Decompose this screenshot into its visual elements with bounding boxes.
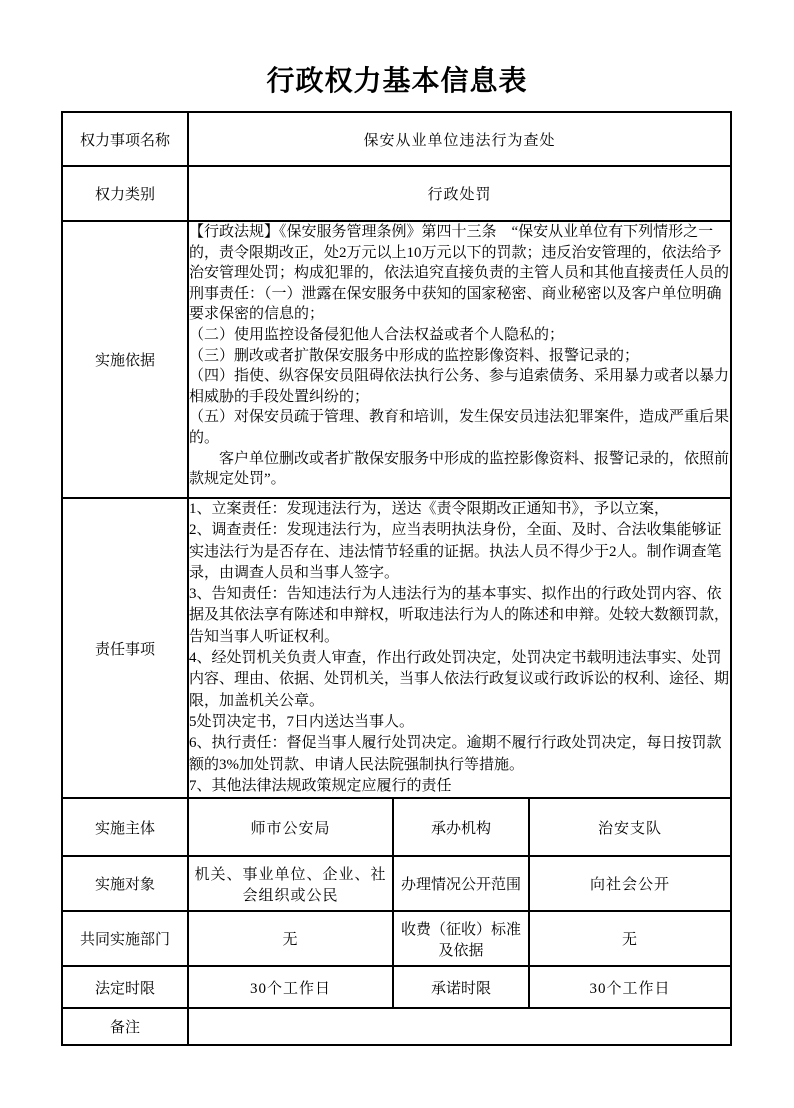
disclosure-scope-label: 办理情况公开范围 xyxy=(393,856,529,911)
duty-items-label: 责任事项 xyxy=(62,498,188,798)
remarks-label: 备注 xyxy=(62,1008,188,1045)
legal-basis-paragraph: 客户单位删改或者扩散保安服务中形成的监控影像资料、报警记录的，依照前款规定处罚”… xyxy=(189,449,730,490)
statutory-limit-label: 法定时限 xyxy=(62,966,188,1008)
row-remarks: 备注 xyxy=(62,1008,731,1045)
duty-item: 2、调查责任：发现违法行为，应当表明执法身份，全面、及时、合法收集能够证实违法行… xyxy=(189,520,730,584)
remarks-value xyxy=(188,1008,731,1045)
implementer-label: 实施主体 xyxy=(62,798,188,856)
document-page: 行政权力基本信息表 权力事项名称 保安从业单位违法行为查处 权力类别 行政处罚 … xyxy=(0,0,794,1108)
fee-standard-label: 收费（征收）标准及依据 xyxy=(393,911,529,966)
disclosure-scope-value: 向社会公开 xyxy=(529,856,731,911)
joint-dept-value: 无 xyxy=(188,911,393,966)
legal-basis-label: 实施依据 xyxy=(62,221,188,498)
legal-basis-paragraph: （四）指使、纵容保安员阻碍依法执行公务、参与追索债务、采用暴力或者以暴力相威胁的… xyxy=(189,366,730,407)
duty-item: 3、告知责任：告知违法行为人违法行为的基本事实、拟作出的行政处罚内容、依据及其依… xyxy=(189,584,730,648)
row-target: 实施对象 机关、事业单位、企业、社会组织或公民 办理情况公开范围 向社会公开 xyxy=(62,856,731,911)
row-power-category: 权力类别 行政处罚 xyxy=(62,166,731,221)
row-legal-basis: 实施依据 【行政法规】《保安服务管理条例》第四十三条 “保安从业单位有下列情形之… xyxy=(62,221,731,498)
legal-basis-paragraph: （二）使用监控设备侵犯他人合法权益或者个人隐私的； xyxy=(189,325,730,346)
power-item-label: 权力事项名称 xyxy=(62,112,188,166)
duty-item: 7、其他法律法规政策规定应履行的责任 xyxy=(189,776,730,797)
fee-standard-value: 无 xyxy=(529,911,731,966)
duty-items-text: 1、立案责任：发现违法行为，送达《责令限期改正通知书》，予以立案， 2、调查责任… xyxy=(188,498,731,798)
joint-dept-label: 共同实施部门 xyxy=(62,911,188,966)
duty-item: 6、执行责任：督促当事人履行处罚决定。逾期不履行行政处罚决定，每日按罚款额的3%… xyxy=(189,733,730,776)
page-title: 行政权力基本信息表 xyxy=(0,0,794,100)
promised-limit-label: 承诺时限 xyxy=(393,966,529,1008)
handling-org-value: 治安支队 xyxy=(529,798,731,856)
duty-item: 4、经处罚机关负责人审查，作出行政处罚决定，处罚决定书载明违法事实、处罚内容、理… xyxy=(189,648,730,712)
statutory-limit-value: 30个工作日 xyxy=(188,966,393,1008)
legal-basis-paragraph: 【行政法规】《保安服务管理条例》第四十三条 “保安从业单位有下列情形之一的，责令… xyxy=(189,222,730,325)
power-category-value: 行政处罚 xyxy=(188,166,731,221)
power-item-value: 保安从业单位违法行为查处 xyxy=(188,112,731,166)
handling-org-label: 承办机构 xyxy=(393,798,529,856)
legal-basis-text: 【行政法规】《保安服务管理条例》第四十三条 “保安从业单位有下列情形之一的，责令… xyxy=(188,221,731,498)
duty-item: 5处罚决定书，7日内送达当事人。 xyxy=(189,712,730,733)
admin-power-info-table: 权力事项名称 保安从业单位违法行为查处 权力类别 行政处罚 实施依据 【行政法规… xyxy=(61,111,732,1046)
row-duty-items: 责任事项 1、立案责任：发现违法行为，送达《责令限期改正通知书》，予以立案， 2… xyxy=(62,498,731,798)
row-statutory-limit: 法定时限 30个工作日 承诺时限 30个工作日 xyxy=(62,966,731,1008)
row-implementer: 实施主体 师市公安局 承办机构 治安支队 xyxy=(62,798,731,856)
target-label: 实施对象 xyxy=(62,856,188,911)
legal-basis-paragraph: （五）对保安员疏于管理、教育和培训，发生保安员违法犯罪案件，造成严重后果的。 xyxy=(189,407,730,448)
promised-limit-value: 30个工作日 xyxy=(529,966,731,1008)
target-value: 机关、事业单位、企业、社会组织或公民 xyxy=(188,856,393,911)
row-joint-dept: 共同实施部门 无 收费（征收）标准及依据 无 xyxy=(62,911,731,966)
duty-item: 1、立案责任：发现违法行为，送达《责令限期改正通知书》，予以立案， xyxy=(189,499,730,520)
row-power-item: 权力事项名称 保安从业单位违法行为查处 xyxy=(62,112,731,166)
implementer-value: 师市公安局 xyxy=(188,798,393,856)
power-category-label: 权力类别 xyxy=(62,166,188,221)
legal-basis-paragraph: （三）删改或者扩散保安服务中形成的监控影像资料、报警记录的； xyxy=(189,346,730,367)
